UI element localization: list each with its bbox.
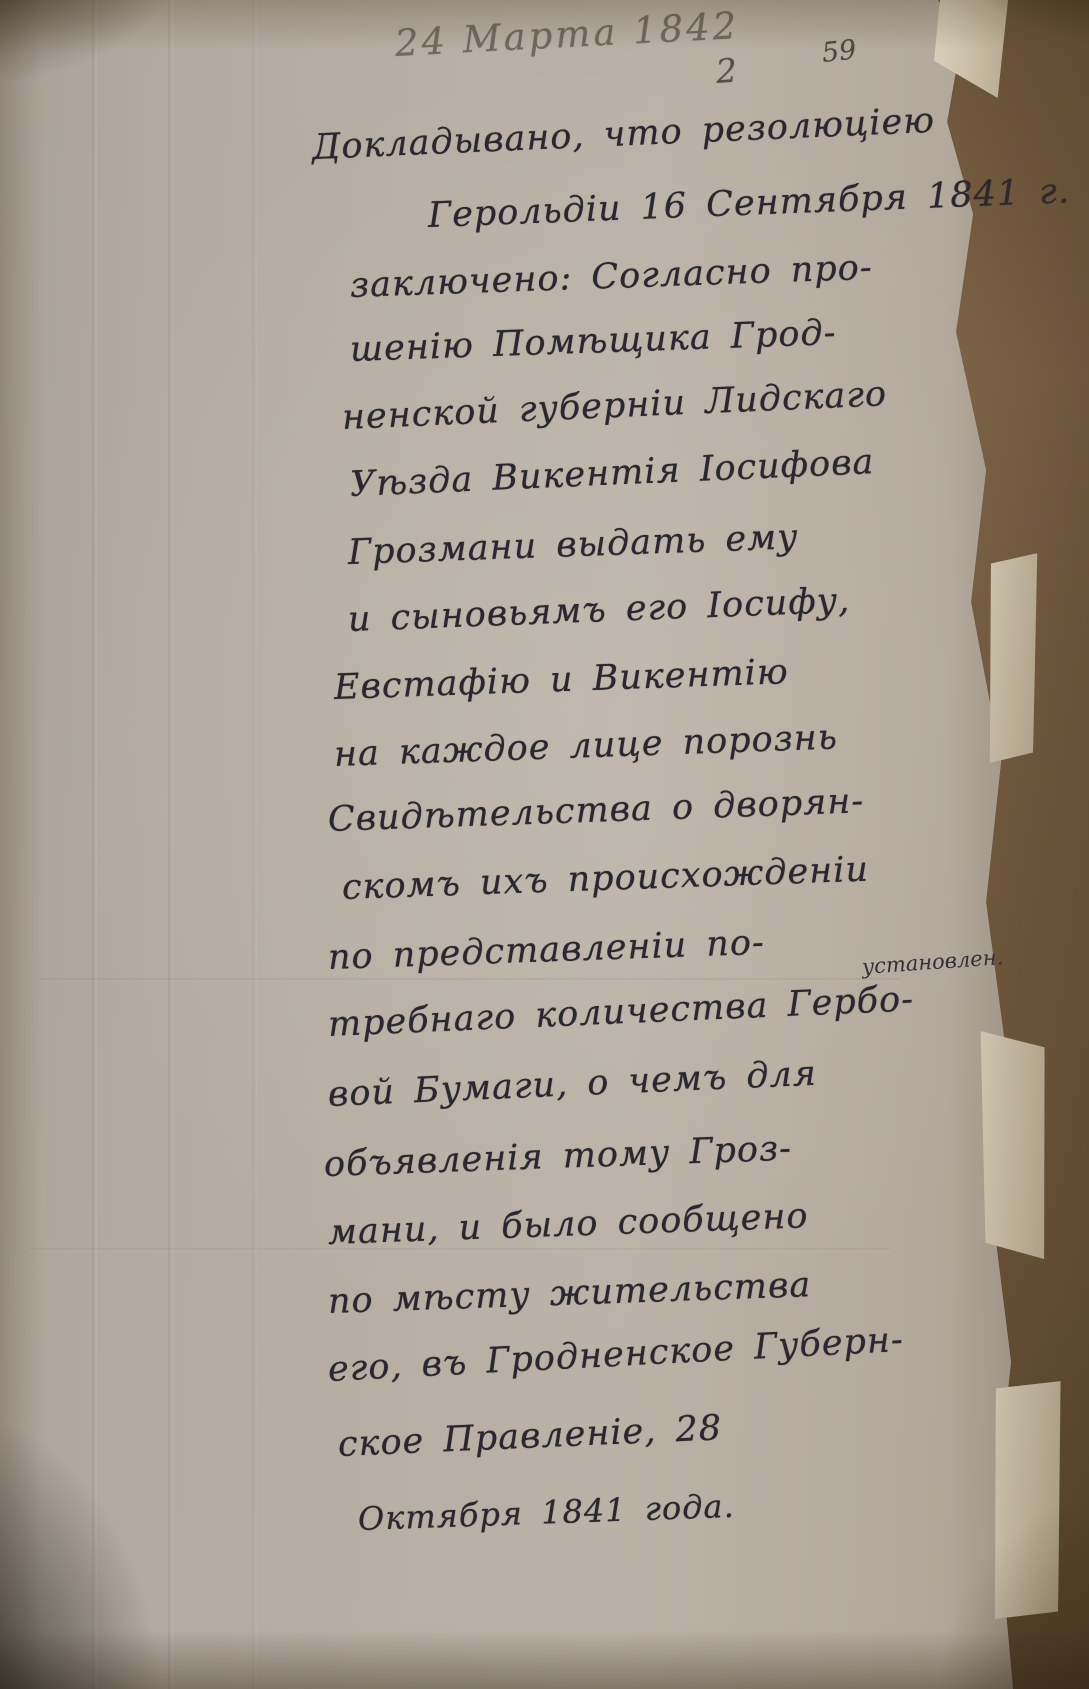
paper-crease (92, 0, 97, 1689)
paper-crease (30, 1248, 890, 1252)
document-photo: 24 Марта 1842 2 59 Докладывано, что резо… (0, 0, 1089, 1689)
header-date-overwrite: 2 (715, 51, 739, 91)
paper-crease (40, 978, 900, 982)
paper-crease (168, 0, 173, 1689)
page-number: 59 (820, 34, 857, 68)
paper-crease (252, 0, 257, 1689)
torn-paper-fragment (988, 1379, 1066, 1621)
torn-paper-fragment (978, 1029, 1052, 1261)
